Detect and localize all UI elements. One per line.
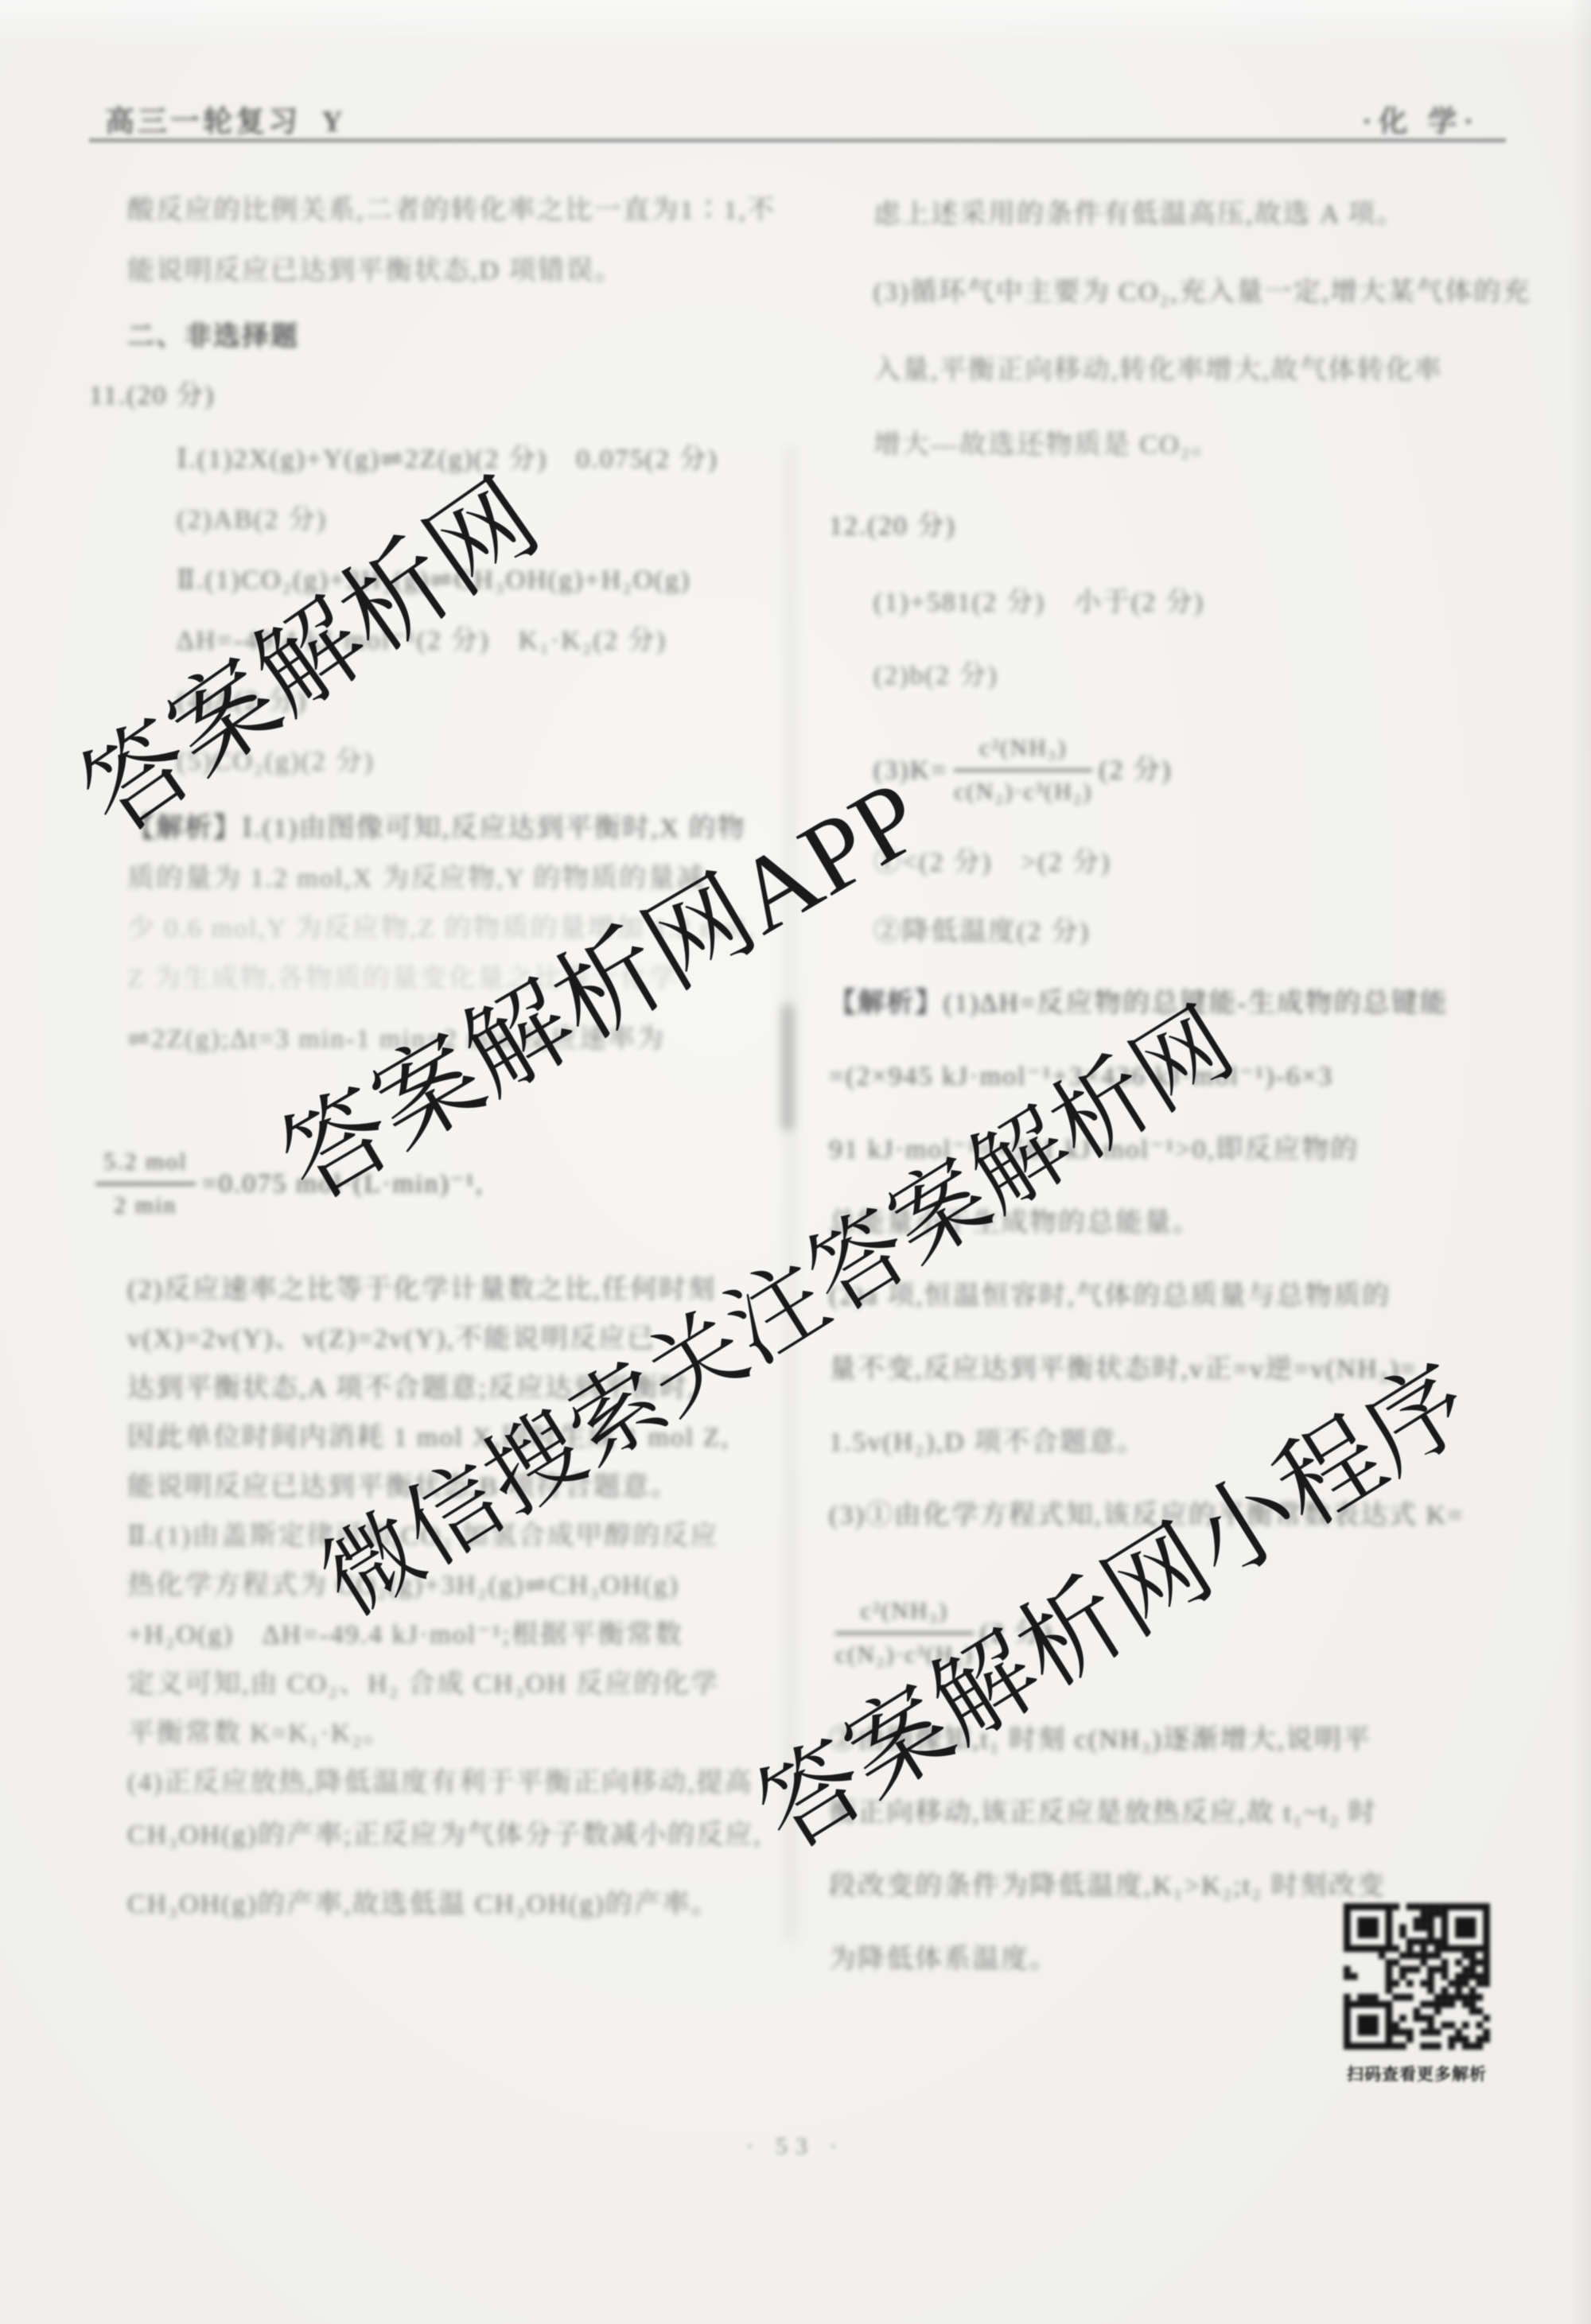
bold-label: 二、非选择题 [127, 322, 299, 352]
text-line: 增大—故选还物质是 CO₂。 [873, 428, 1220, 463]
header-left-title: 高三一轮复习 [105, 106, 301, 138]
text-line: (2)b(2 分) [873, 659, 998, 694]
header-right-title: ·化 学· [1362, 97, 1480, 140]
header-rule [89, 138, 1506, 142]
text-line: (3)循环气中主要为 CO₂,充入量一定,增大某气体的充 [873, 275, 1531, 310]
text-line: Ⅰ.(1)2X(g)+Y(g)⇌2Z(g)(2 分) 0.075(2 分) [177, 442, 718, 477]
formula-fraction-line: (3)K=c²(NH₃)c(N₂)·c³(H₂)(2 分) [873, 731, 1172, 810]
text-line: 【解析】Ⅰ.(1)由图像可知,反应达到平衡时,X 的物 [127, 811, 746, 846]
scanned-page: 高三一轮复习Y ·化 学· 酸反应的比例关系,二者的转化率之比一直为1∶1,不能… [0, 0, 1591, 2324]
text-line: 酸反应的比例关系,二者的转化率之比一直为1∶1,不 [127, 193, 776, 228]
qr-caption: 扫码查看更多解析 [1340, 2062, 1494, 2085]
stacked-fraction: c²(NH₃)c(N₂)·c³(H₂) [954, 731, 1092, 810]
column-gutter-shadow [786, 445, 795, 1941]
text-line: 虑上述采用的条件有低温高压,故选 A 项。 [873, 197, 1405, 232]
text-line: 【解析】(1)ΔH=反应物的总键能-生成物的总键能 [829, 986, 1449, 1021]
text-line: (1)+581(2 分) 小于(2 分) [873, 585, 1204, 620]
text-line: 二、非选择题 [127, 320, 299, 355]
page-number: · 53 · [0, 2133, 1591, 2160]
stacked-fraction: 5.2 mol2 min [95, 1145, 196, 1223]
qr-code-image [1340, 1899, 1494, 2054]
text-line: 衡正向移动,该正反应是放热反应,故 t₁~t₂ 时 [829, 1796, 1377, 1831]
text-line: (2)反应速率之比等于化学计量数之比,任何时刻 [127, 1273, 716, 1308]
text-line: 能说明反应已达到平衡状态,D 项错误。 [127, 254, 624, 289]
scan-smudge [781, 1004, 794, 1131]
text-line: +H₂O(g) ΔH=-49.4 kJ·mol⁻¹;根据平衡常数 [127, 1618, 683, 1653]
text-line: 量不变,反应达到平衡状态时,v正=v逆=v(NH₃)= [829, 1352, 1417, 1387]
text-line: 11.(20 分) [89, 379, 215, 414]
text-line: 12.(20 分) [829, 509, 956, 544]
text-line: 1.5v(H₂),D 项不合题意。 [829, 1425, 1146, 1460]
text-line: 入量,平衡正向移动,转化率增大,故气体转化率 [873, 353, 1443, 388]
text-line: (4)正反应放热,降低温度有利于平衡正向移动,提高 [127, 1766, 753, 1801]
text-line: v(X)=2v(Y)、v(Z)=2v(Y),不能说明反应已 [127, 1322, 655, 1357]
text-line: 定义可知,由 CO₂、H₂ 合成 CH₃OH 反应的化学 [127, 1667, 719, 1702]
text-line: 平衡常数 K=K₁·K₂。 [127, 1716, 391, 1751]
text-line: 质的量为 1.2 mol,X 为反应物,Y 的物质的量减 [127, 861, 705, 896]
text-line: 段改变的条件为降低温度,K₁>K₂;t₂ 时刻改变 [829, 1869, 1386, 1904]
text-line: 为降低体系温度。 [829, 1942, 1058, 1977]
text-line: CH₃OH(g)的产率,故选低温 CH₃OH(g)的产率。 [127, 1887, 720, 1922]
header-left: 高三一轮复习Y [105, 97, 343, 140]
text-line: CH₃OH(g)的产率;正反应为气体分子数减小的反应, [127, 1818, 762, 1853]
text-line: (2)AB(2 分) [177, 503, 327, 538]
header-left-mark: Y [321, 106, 343, 138]
text-line: ②降低温度(2 分) [873, 915, 1090, 950]
qr-block: 扫码查看更多解析 [1340, 1899, 1494, 2085]
bold-label: 【解析】 [829, 989, 943, 1018]
